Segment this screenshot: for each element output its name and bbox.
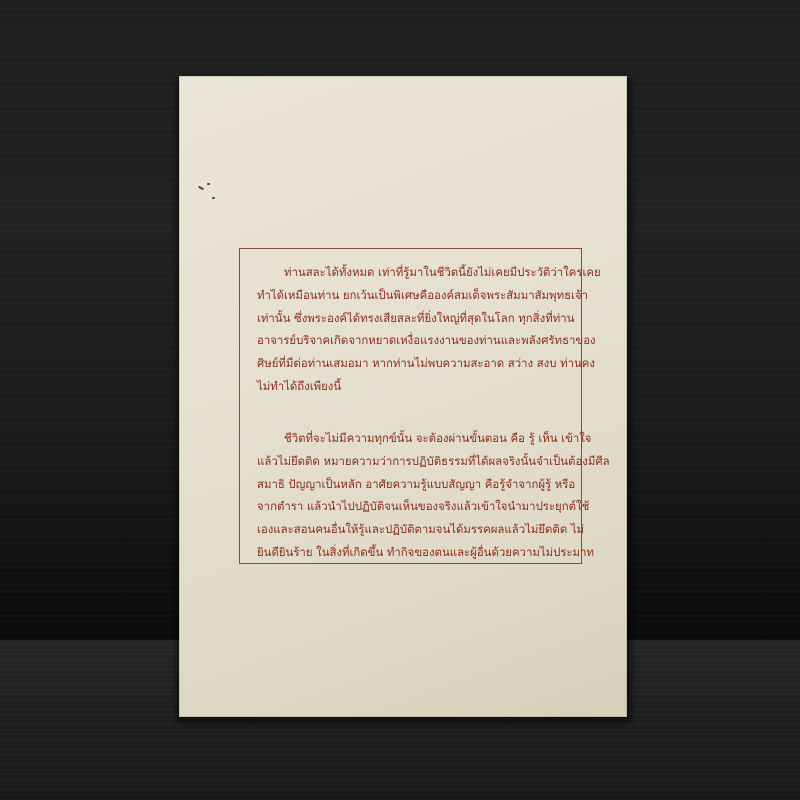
text-line: เท่านั้น ซึ่งพระองค์ได้ทรงเสียสละที่ยิ่ง… [257,307,575,330]
text-line: แล้วไม่ยึดติด หมายความว่าการปฏิบัติธรรมท… [257,450,575,473]
text-line: ท่านสละได้ทั้งหมด เท่าที่รู้มาในชีวิตนี้… [257,261,575,284]
text-line: จากตำรา แล้วนำไปปฏิบัติจนเห็นของจริงแล้ว… [257,495,575,518]
paragraph-1: ท่านสละได้ทั้งหมด เท่าที่รู้มาในชีวิตนี้… [257,261,575,398]
ink-speck [198,186,204,191]
text-line: ชีวิตที่จะไม่มีความทุกข์นั้น จะต้องผ่านข… [257,427,575,450]
ink-speck [207,183,210,185]
ink-speck [212,197,215,199]
text-line: ศิษย์ที่มีต่อท่านเสมอมา หากท่านไม่พบความ… [257,352,575,375]
text-frame: ท่านสละได้ทั้งหมด เท่าที่รู้มาในชีวิตนี้… [239,248,582,564]
text-line: ทำได้เหมือนท่าน ยกเว้นเป็นพิเศษคือองค์สม… [257,284,575,307]
text-line: เองและสอนคนอื่นให้รู้และปฏิบัติตามจนได้ม… [257,518,575,541]
paragraph-2: ชีวิตที่จะไม่มีความทุกข์นั้น จะต้องผ่านข… [257,427,575,564]
text-line: ไม่ทำได้ถึงเพียงนี้ [257,375,575,398]
text-line: สมาธิ ปัญญาเป็นหลัก อาศัยความรู้แบบสัญญา… [257,473,575,496]
text-line: อาจารย์บริจาคเกิดจากหยาดเหงื่อแรงงานของท… [257,329,575,352]
book-back-cover: ท่านสละได้ทั้งหมด เท่าที่รู้มาในชีวิตนี้… [179,76,627,717]
text-line: ยินดียินร้าย ในสิ่งที่เกิดขึ้น ทำกิจของต… [257,541,575,564]
